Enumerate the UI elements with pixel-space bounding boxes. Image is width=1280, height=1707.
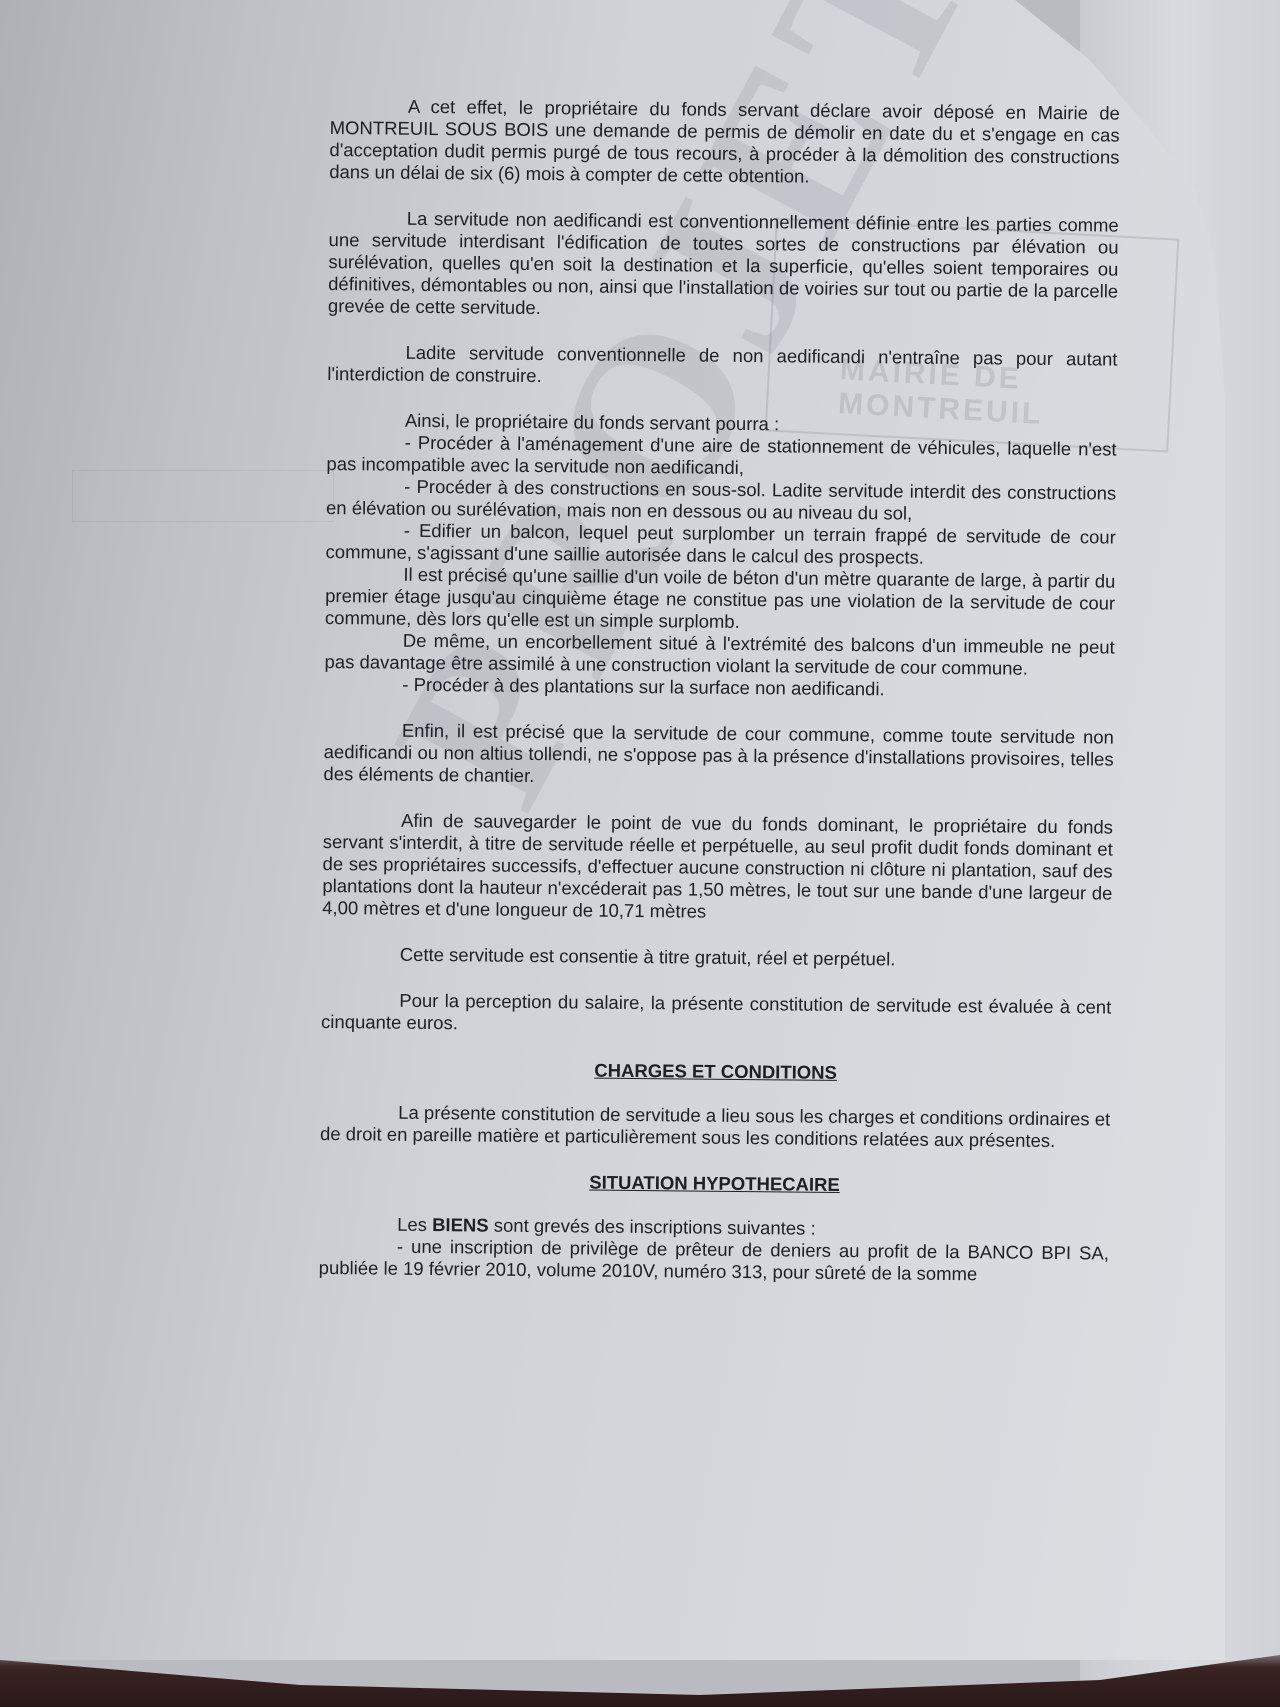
paragraph-no-prohibition: Ladite servitude conventionnelle de non …: [327, 341, 1117, 393]
allowed-actions-list: Ainsi, le propriétaire du fonds servant …: [324, 409, 1117, 703]
document-body: A cet effet, le propriétaire du fonds se…: [319, 95, 1120, 1287]
list-item-balcony: - Edifier un balcon, lequel peut surplom…: [326, 519, 1116, 571]
mortgage-intro-suffix: sont grevés des inscriptions suivantes :: [489, 1215, 816, 1239]
document-page: MAIRIE DE MONTREUIL PROJET A cet effet, …: [0, 0, 1225, 1660]
mortgage-intro-prefix: Les: [397, 1214, 432, 1235]
paragraph-demolition-permit: A cet effet, le propriétaire du fonds se…: [329, 95, 1120, 191]
show-through-box: [72, 470, 334, 522]
paragraph-charges-conditions: La présente constitution de servitude a …: [320, 1101, 1110, 1153]
paragraph-view-protection: Afin de sauvegarder le point de vue du f…: [322, 809, 1113, 927]
list-item-underground: - Procéder à des constructions en sous-s…: [326, 475, 1116, 527]
paragraph-provisional-installations: Enfin, il est précisé que la servitude d…: [323, 719, 1114, 793]
mortgage-list: Les BIENS sont grevés des inscriptions s…: [319, 1213, 1110, 1287]
heading-situation-hypothecaire: SITUATION HYPOTHECAIRE: [319, 1169, 1109, 1199]
list-item-parking: - Procéder à l'aménagement d'une aire de…: [326, 431, 1116, 483]
heading-charges-conditions: CHARGES ET CONDITIONS: [321, 1057, 1111, 1087]
list-item-corbelling: De même, un encorbellement situé à l'ext…: [324, 629, 1114, 681]
biens-label: BIENS: [432, 1214, 489, 1236]
mortgage-item-banco-bpi: - une inscription de privilège de prêteu…: [319, 1235, 1109, 1287]
paragraph-free-consent: Cette servitude est consentie à titre gr…: [322, 943, 1112, 973]
paragraph-servitude-definition: La servitude non aedificandi est convent…: [328, 207, 1119, 325]
list-item-balcony-precision: Il est précisé qu'une saillie d'un voile…: [325, 563, 1116, 637]
paragraph-valuation: Pour la perception du salaire, la présen…: [321, 989, 1111, 1041]
